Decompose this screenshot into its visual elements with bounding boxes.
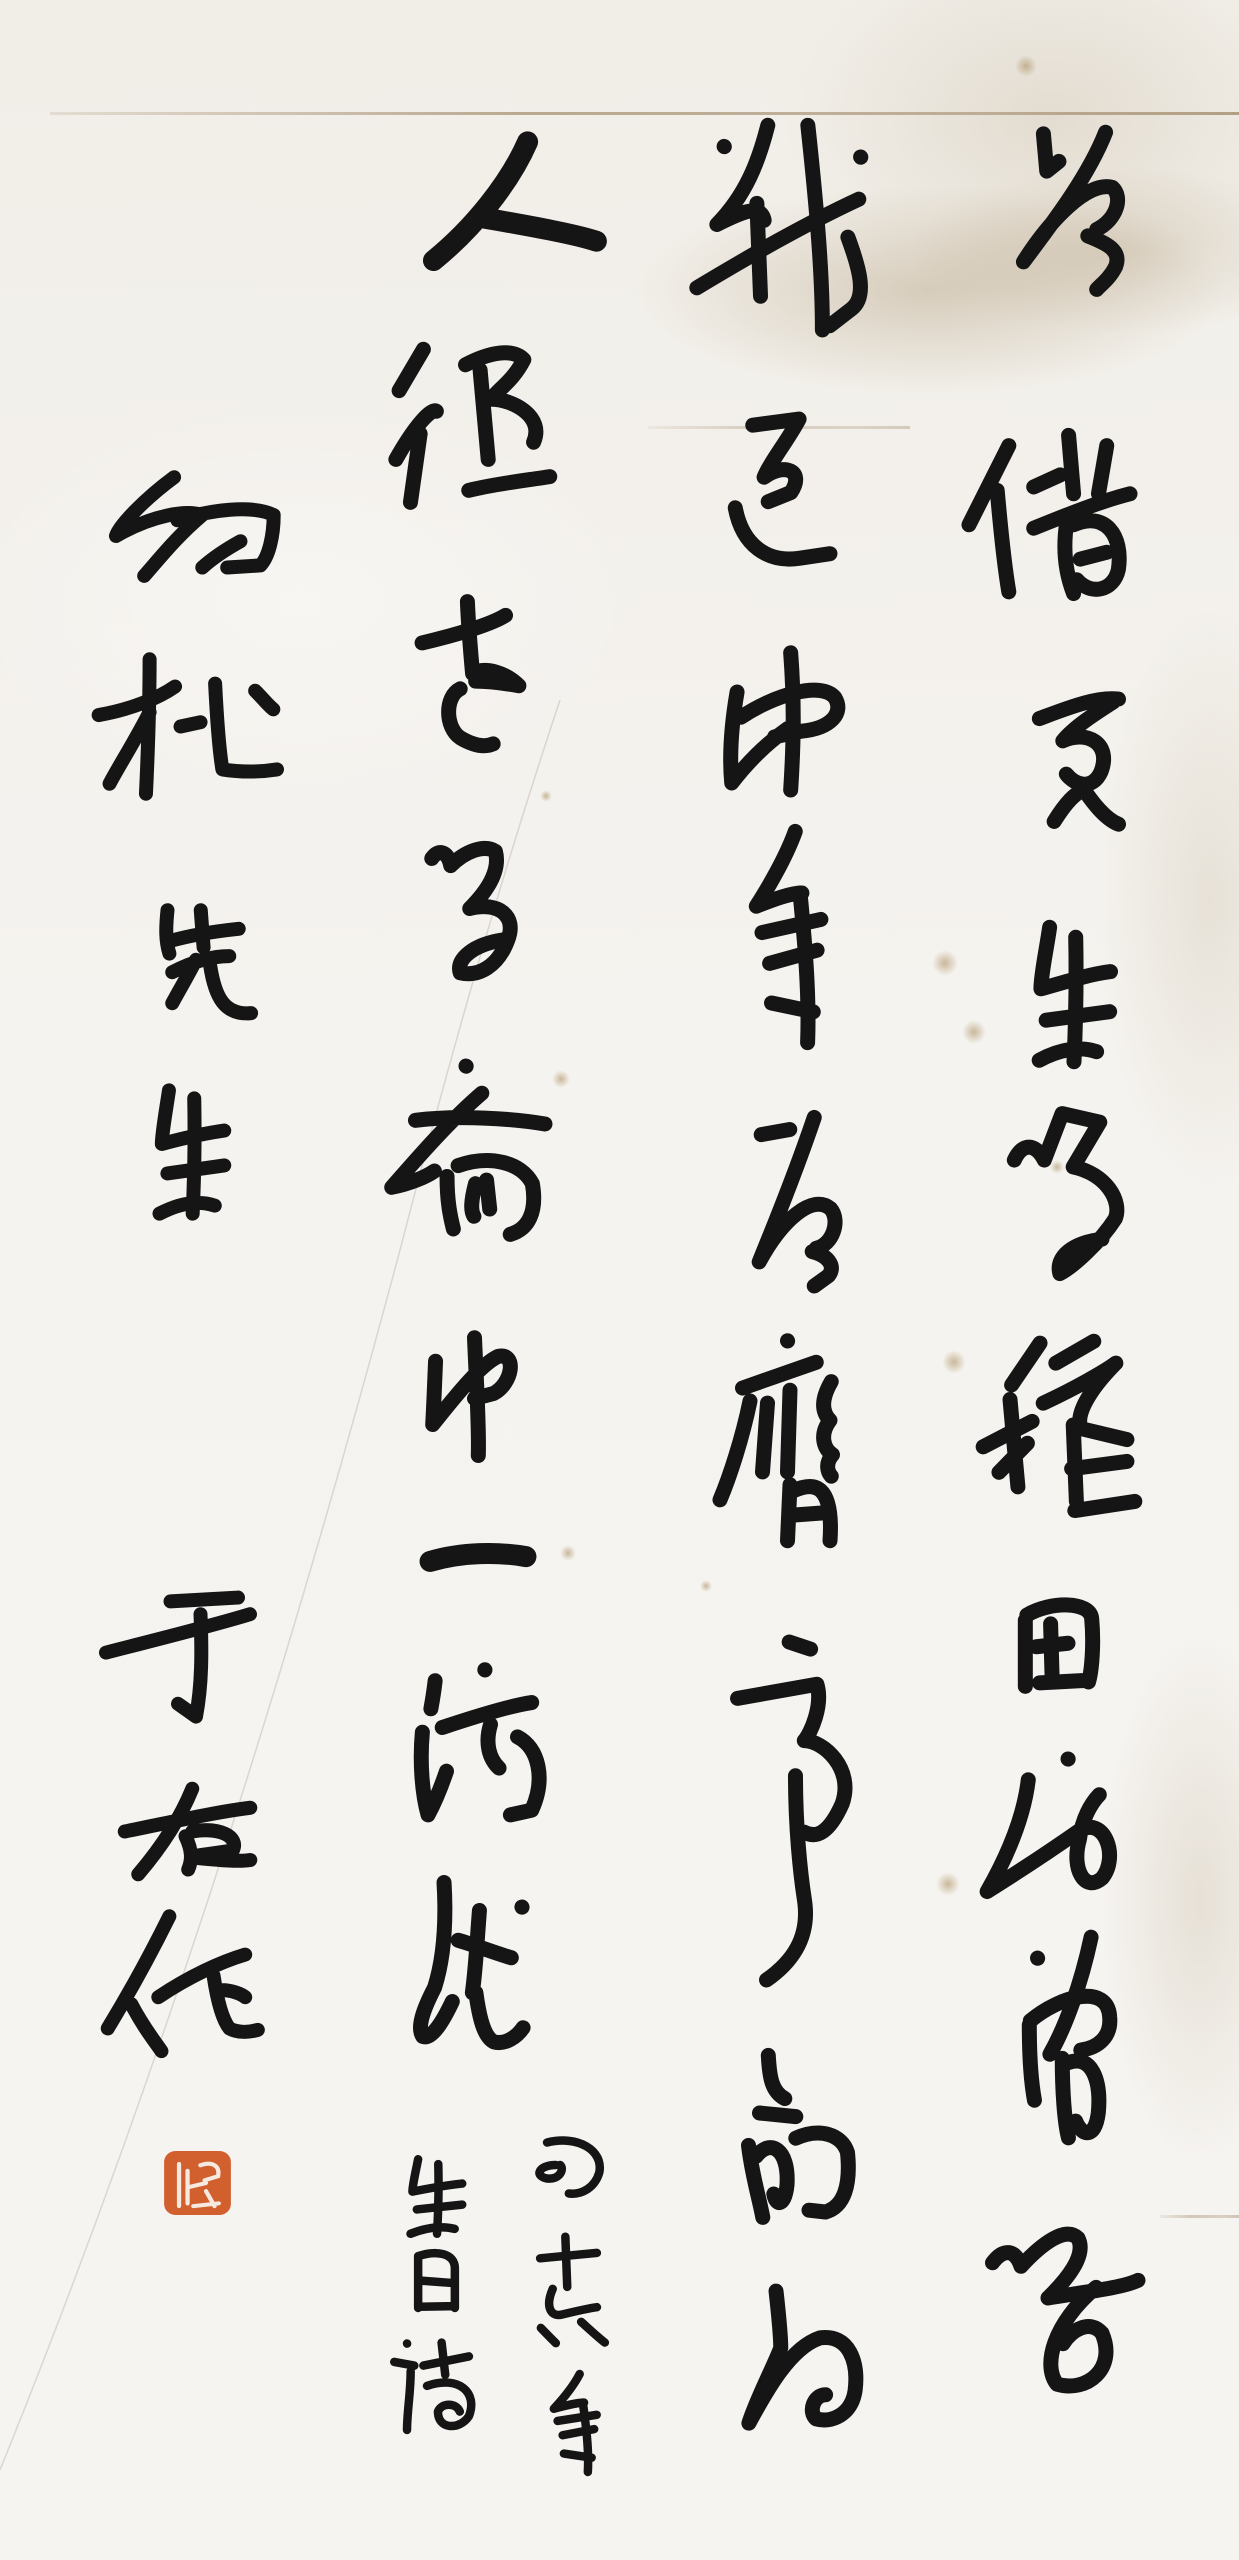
- poem-c2-gao: 高: [743, 2041, 853, 2221]
- poem-c1-xue-1: 學: [1011, 1105, 1122, 1277]
- poem-c2-shi: 事: [735, 1635, 861, 1987]
- poem-c2-zhan: 戰: [695, 119, 877, 330]
- char-text: 年: [743, 827, 838, 1047]
- dedication-tao: 桃: [95, 655, 277, 798]
- char-text: 得: [391, 339, 553, 511]
- poem-c2-nian: 年: [743, 827, 838, 1047]
- char-text: 酒: [411, 1662, 553, 1818]
- char-text: 齋: [387, 1057, 545, 1238]
- poem-c1-wo: 我: [980, 1750, 1122, 1899]
- char-text: 十: [537, 2234, 600, 2288]
- char-text: 詩: [387, 2338, 478, 2430]
- char-text: 生: [1027, 923, 1114, 1066]
- inscription-shi: 十: [537, 2234, 600, 2288]
- char-text: 借: [964, 425, 1130, 597]
- poem-c3-ren: 人: [419, 138, 600, 267]
- poem-c2-ying: 應: [715, 1330, 840, 1545]
- char-text: 我: [980, 1750, 1122, 1899]
- char-text: 于: [103, 1595, 253, 1723]
- char-text: 幼: [111, 473, 277, 578]
- inscription-sheng: 生: [403, 2156, 466, 2237]
- char-text: 戰: [695, 119, 877, 330]
- signature-ren: 任: [103, 1912, 261, 2054]
- char-text: 日: [411, 2250, 462, 2311]
- inscription-si: 四: [521, 2135, 608, 2210]
- dedication-sheng: 生: [150, 1085, 229, 1219]
- char-text: 為: [743, 2284, 861, 2426]
- char-text: 年: [545, 2372, 608, 2474]
- poem-c1-sheng: 生: [1027, 923, 1114, 1066]
- inscription-ri: 日: [411, 2250, 462, 2311]
- char-text: 過: [727, 416, 830, 569]
- char-text: 先: [158, 904, 253, 1028]
- char-text: 種: [980, 1334, 1138, 1516]
- char-text: 老: [419, 597, 522, 750]
- char-text: 莫: [1019, 129, 1130, 291]
- char-text: 事: [735, 1635, 861, 1987]
- poem-c1-mo: 莫: [1019, 129, 1130, 291]
- signature-you: 右: [118, 1784, 253, 1879]
- char-text: 高: [743, 2041, 853, 2221]
- poem-c2-mo: 莫: [751, 1114, 853, 1286]
- char-text: 學: [988, 2217, 1138, 2393]
- char-text: 六: [529, 2284, 608, 2345]
- poem-c3-qian: 錢: [411, 1879, 529, 2054]
- artist-seal: [162, 2149, 233, 2217]
- poem-c3-de: 得: [391, 339, 553, 511]
- char-text: 書: [1035, 688, 1122, 827]
- poem-c1-zhong: 種: [980, 1334, 1138, 1516]
- poem-c3-zhai: 齋: [387, 1057, 545, 1238]
- char-text: 右: [118, 1784, 253, 1879]
- char-text: 一: [427, 1547, 529, 1571]
- signature-yu: 于: [103, 1595, 253, 1723]
- poem-c3-zhong: 中: [427, 1334, 522, 1458]
- char-text: 生: [150, 1085, 229, 1219]
- char-text: 人: [419, 138, 600, 267]
- char-text: 田: [1019, 1601, 1098, 1689]
- char-text: 曾: [1019, 1933, 1122, 2142]
- poem-c3-yi: 一: [427, 1547, 529, 1571]
- poem-c1-xue-2: 學: [988, 2217, 1138, 2393]
- char-text: 桃: [95, 655, 277, 798]
- poem-c3-jiu: 酒: [411, 1662, 553, 1818]
- char-text: 中: [721, 650, 855, 790]
- seal-stamp-icon: [162, 2149, 233, 2217]
- char-text: 中: [427, 1334, 522, 1458]
- inscription-shi-poem: 詩: [387, 2338, 478, 2430]
- char-text: 生: [403, 2156, 466, 2237]
- poem-c2-zhong: 中: [721, 650, 855, 790]
- poem-c2-guo: 過: [727, 416, 830, 569]
- char-text: 學: [1011, 1105, 1122, 1277]
- dedication-xian: 先: [158, 904, 253, 1028]
- char-text: 四: [521, 2135, 608, 2210]
- inscription-liu: 六: [529, 2284, 608, 2345]
- dedication-you: 幼: [111, 473, 277, 578]
- poem-c1-shu: 書: [1035, 688, 1122, 827]
- poem-c3-xue: 學: [427, 837, 522, 980]
- char-text: 錢: [411, 1879, 529, 2054]
- inscription-nian: 年: [545, 2372, 608, 2474]
- poem-c2-wei: 為: [743, 2284, 861, 2426]
- poem-c1-jie: 借: [964, 425, 1130, 597]
- poem-c1-tian: 田: [1019, 1601, 1098, 1689]
- char-text: 莫: [751, 1114, 853, 1286]
- poem-c1-ceng: 曾: [1019, 1933, 1122, 2142]
- char-text: 任: [103, 1912, 261, 2054]
- poem-c3-lao: 老: [419, 597, 522, 750]
- char-text: 學: [427, 837, 522, 980]
- char-text: 應: [715, 1330, 840, 1545]
